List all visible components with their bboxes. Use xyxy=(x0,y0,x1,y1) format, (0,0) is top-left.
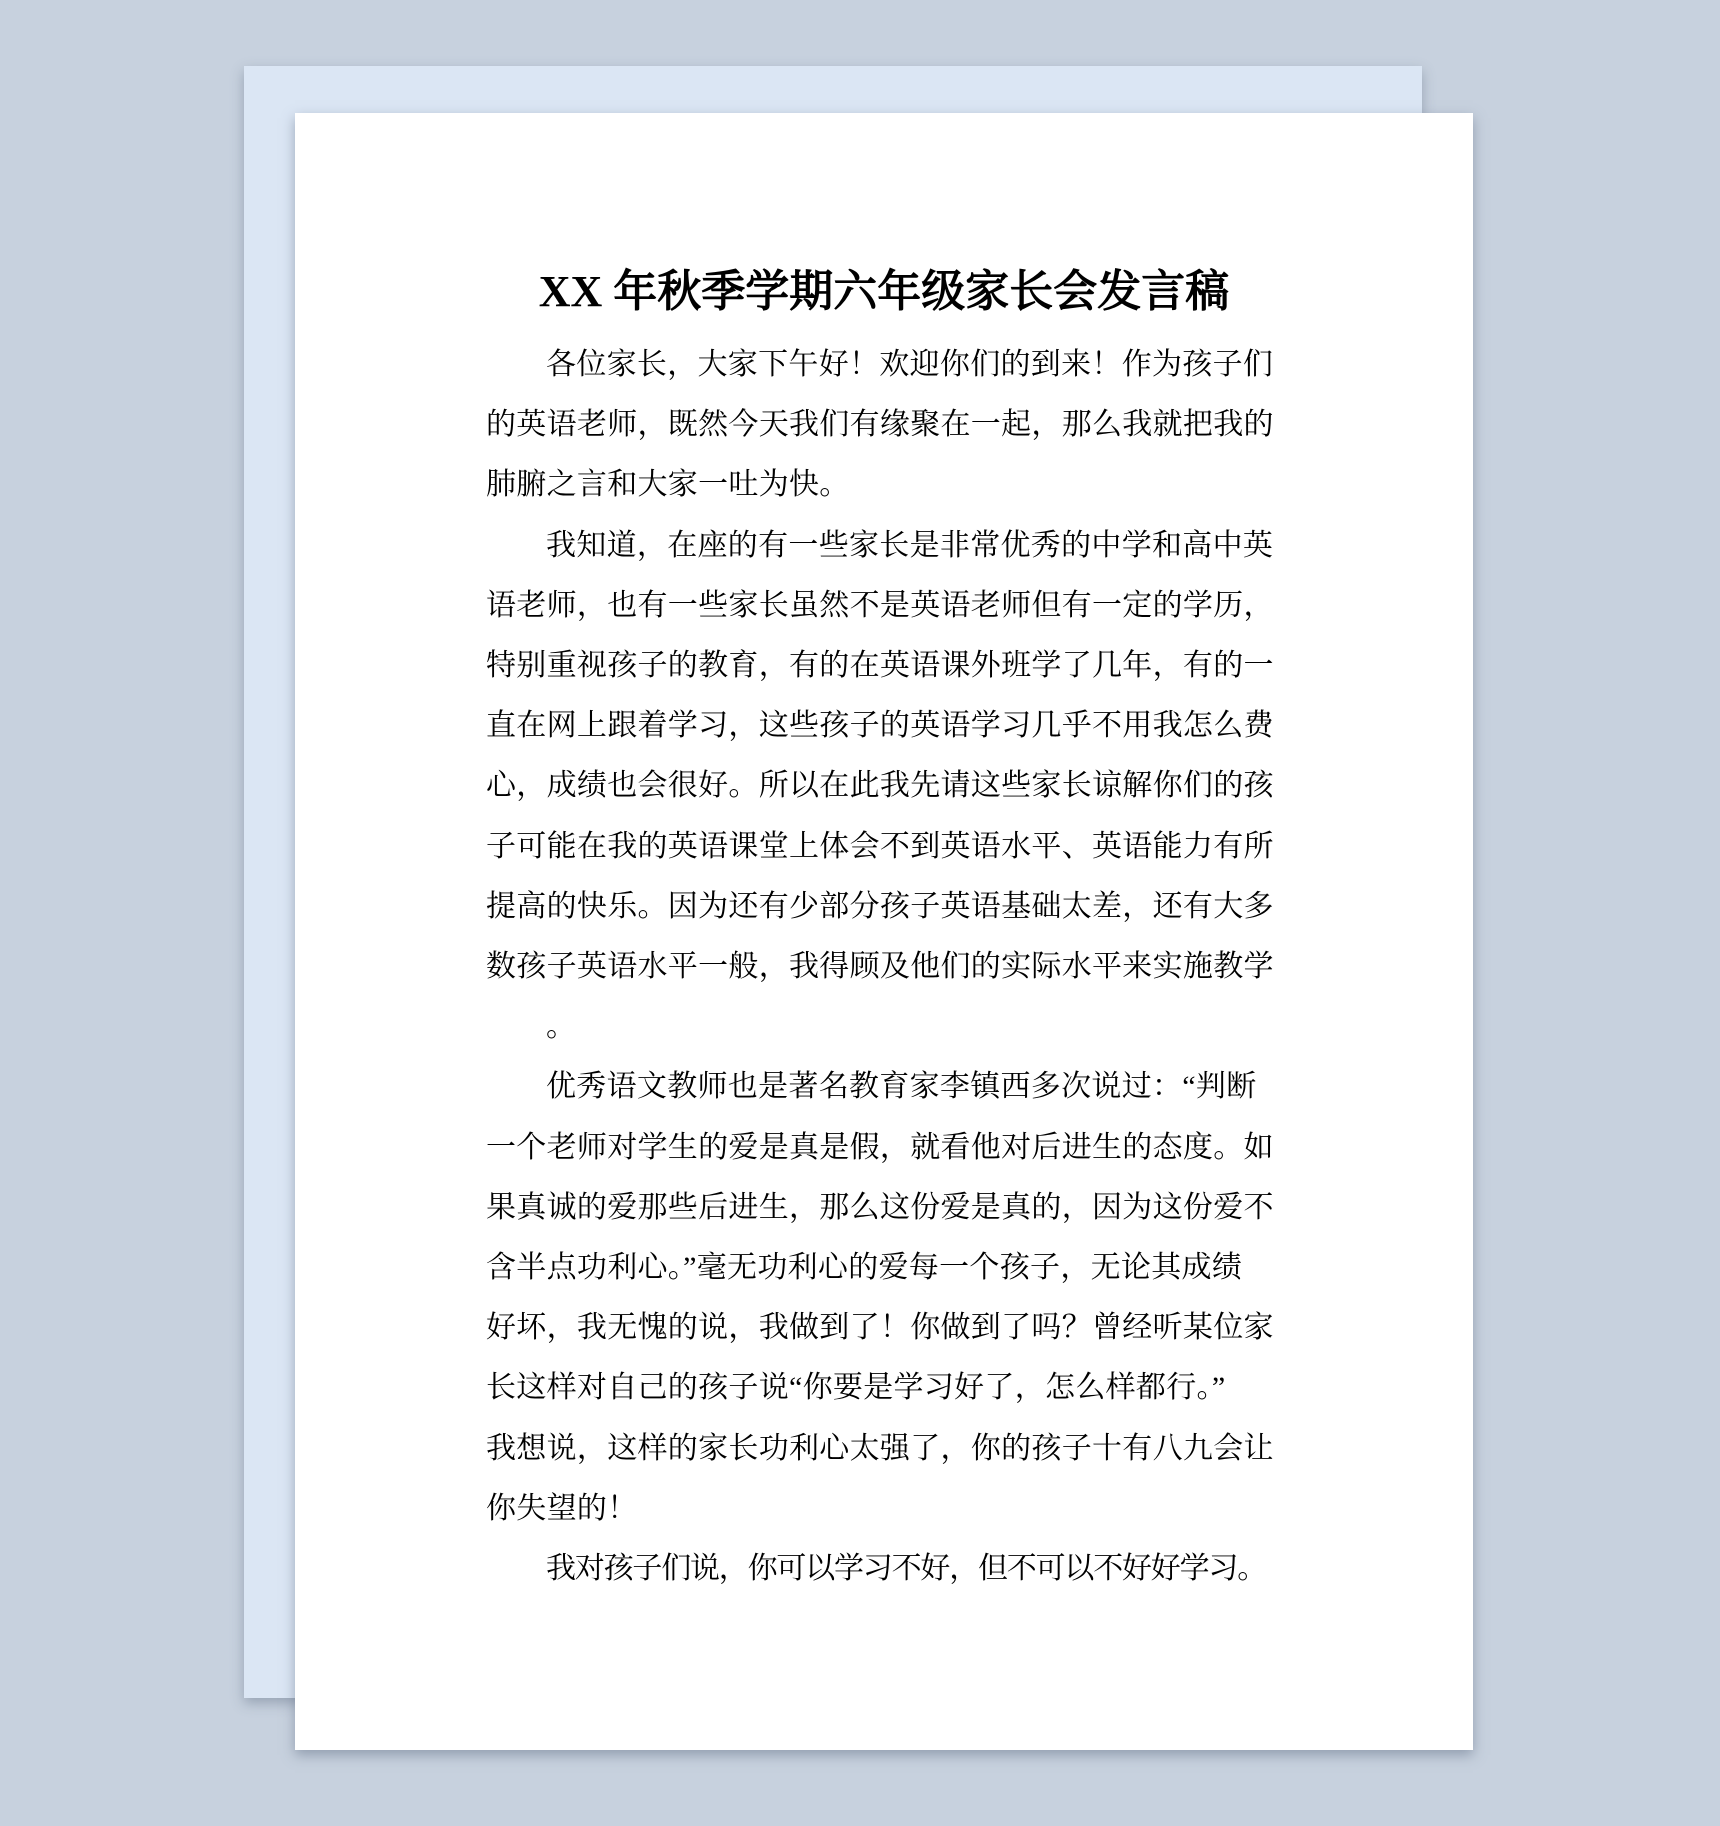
body-line: 各位家长，大家下午好！欢迎你们的到来！作为孩子们 xyxy=(486,335,1275,395)
body-line: 语老师，也有一些家长虽然不是英语老师但有一定的学历， xyxy=(486,576,1275,636)
document-body: 各位家长，大家下午好！欢迎你们的到来！作为孩子们的英语老师，既然今天我们有缘聚在… xyxy=(295,335,1275,1599)
body-line: 的英语老师，既然今天我们有缘聚在一起，那么我就把我的 xyxy=(486,395,1275,455)
body-line: 子可能在我的英语课堂上体会不到英语水平、英语能力有所 xyxy=(486,817,1275,877)
body-line: 我知道，在座的有一些家长是非常优秀的中学和高中英 xyxy=(486,516,1275,576)
body-line: 数孩子英语水平一般，我得顾及他们的实际水平来实施教学 xyxy=(486,937,1275,997)
body-line: 优秀语文教师也是著名教育家李镇西多次说过：“判断 xyxy=(486,1057,1275,1117)
body-line: 我想说，这样的家长功利心太强了，你的孩子十有八九会让 xyxy=(486,1419,1275,1479)
body-line: 果真诚的爱那些后进生，那么这份爱是真的，因为这份爱不 xyxy=(486,1178,1275,1238)
body-line: 含半点功利心。”毫无功利心的爱每一个孩子，无论其成绩 xyxy=(486,1238,1275,1298)
document-title: XX 年秋季学期六年级家长会发言稿 xyxy=(295,266,1473,317)
body-line: 长这样对自己的孩子说“你要是学习好了，怎么样都行。” xyxy=(486,1358,1275,1418)
body-line: 我对孩子们说，你可以学习不好，但不可以不好好学习。 xyxy=(486,1539,1275,1599)
body-line: 直在网上跟着学习，这些孩子的英语学习几乎不用我怎么费 xyxy=(486,696,1275,756)
desk-background: XX 年秋季学期六年级家长会发言稿 各位家长，大家下午好！欢迎你们的到来！作为孩… xyxy=(0,0,1720,1826)
body-line: 好坏，我无愧的说，我做到了！你做到了吗？曾经听某位家 xyxy=(486,1298,1275,1358)
body-line: 一个老师对学生的爱是真是假，就看他对后进生的态度。如 xyxy=(486,1118,1275,1178)
body-line: 。 xyxy=(486,997,1275,1057)
body-line: 提高的快乐。因为还有少部分孩子英语基础太差，还有大多 xyxy=(486,877,1275,937)
body-line: 特别重视孩子的教育，有的在英语课外班学了几年，有的一 xyxy=(486,636,1275,696)
body-line: 肺腑之言和大家一吐为快。 xyxy=(486,455,1275,515)
body-line: 你失望的！ xyxy=(486,1479,1275,1539)
document-page: XX 年秋季学期六年级家长会发言稿 各位家长，大家下午好！欢迎你们的到来！作为孩… xyxy=(295,113,1473,1750)
body-line: 心，成绩也会很好。所以在此我先请这些家长谅解你们的孩 xyxy=(486,756,1275,816)
